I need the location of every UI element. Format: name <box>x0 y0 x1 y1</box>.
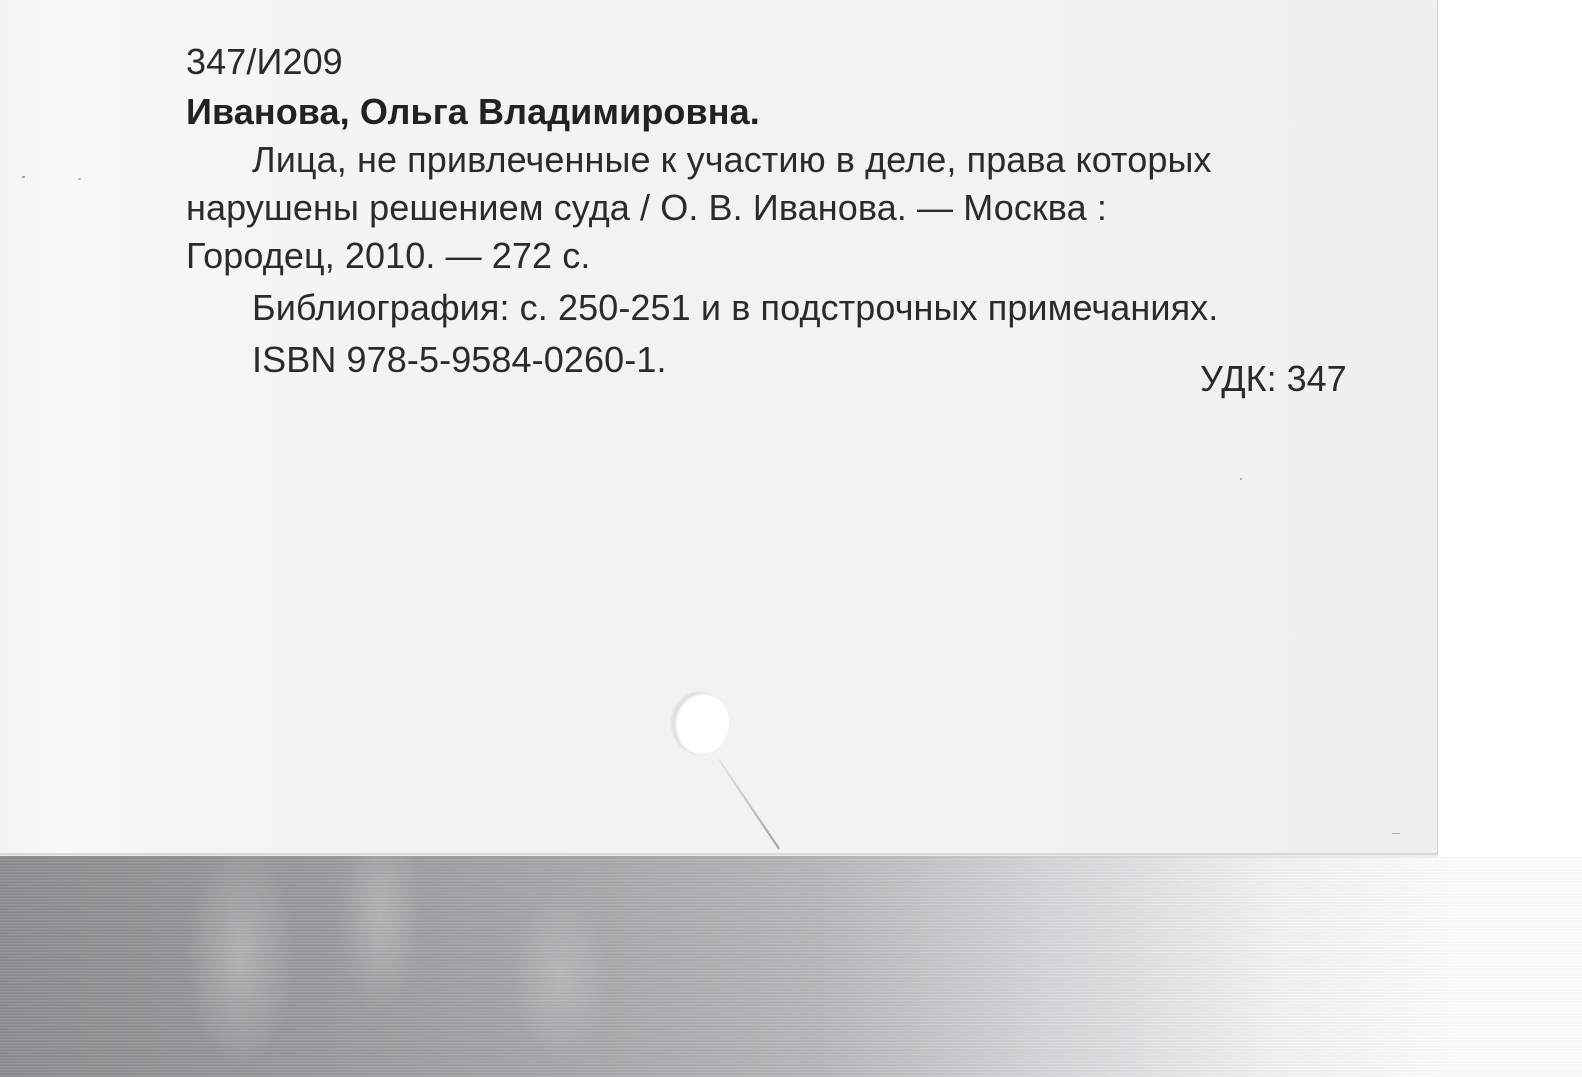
udk-classification: УДК: 347 <box>1200 358 1347 400</box>
scanned-catalog-card-scene: 347/И209 Иванова, Ольга Владимировна. Ли… <box>0 0 1582 1077</box>
title-line-3: Городец, 2010. — 272 с. <box>186 232 1366 280</box>
shelfmark: 347/И209 <box>186 38 1366 86</box>
dust-speck <box>22 176 25 178</box>
card-punch-hole <box>673 692 729 754</box>
library-catalog-card: 347/И209 Иванова, Ольга Владимировна. Ли… <box>0 0 1438 855</box>
card-entry: 347/И209 Иванова, Ольга Владимировна. Ли… <box>186 38 1366 384</box>
bibliography-note: Библиография: с. 250-251 и в подстрочных… <box>186 284 1366 332</box>
scanner-bed-background <box>0 856 1582 1077</box>
card-slit-line <box>718 759 780 850</box>
dust-speck <box>1392 833 1400 834</box>
author-heading: Иванова, Ольга Владимировна. <box>186 88 1366 136</box>
title-line-2: нарушены решением суда / О. В. Иванова. … <box>186 184 1366 232</box>
isbn: ISBN 978-5-9584-0260-1. <box>186 336 1366 384</box>
dust-speck <box>78 178 81 180</box>
title-line-1: Лица, не привлеченные к участию в деле, … <box>186 136 1366 184</box>
dust-speck <box>1240 478 1242 480</box>
